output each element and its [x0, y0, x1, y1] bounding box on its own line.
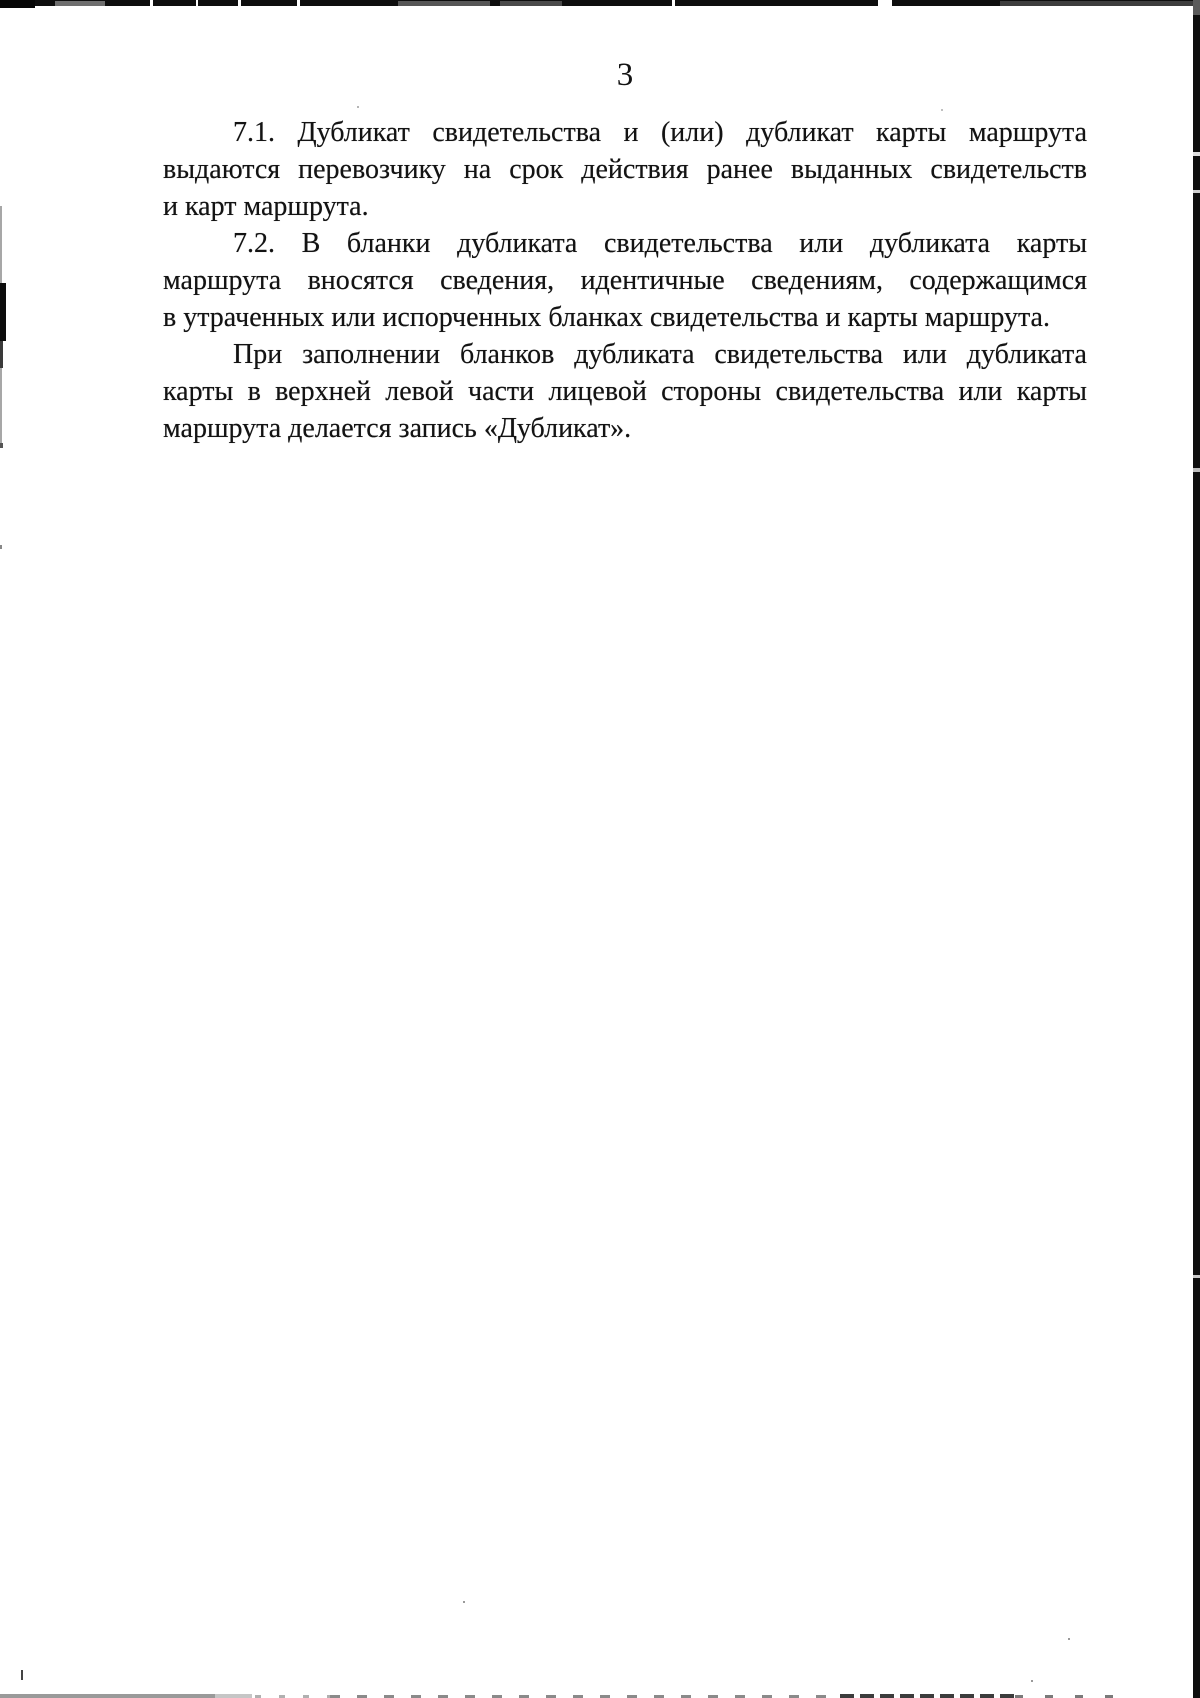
dust-speck [1068, 1638, 1070, 1640]
dust-speck [21, 1670, 23, 1680]
text-line: выдаются перевозчику на срок действия ра… [163, 151, 1087, 188]
text-line: и карт маршрута. [163, 188, 1087, 225]
scanned-document-page: 3 7.1. Дубликат свидетельства и (или) ду… [0, 0, 1200, 1698]
scan-right-gap [1193, 468, 1200, 472]
scan-top-gap [196, 0, 198, 6]
scan-right-gap [1193, 152, 1200, 156]
scan-right-soft-segment [1193, 0, 1200, 15]
scan-artifact-top-left-corner [0, 0, 35, 8]
paragraph-7-2: 7.2. В бланки дубликата свидетельства ил… [163, 225, 1087, 336]
scan-artifact-bottom-dashes-dark [840, 1694, 1015, 1698]
dust-speck [357, 106, 359, 108]
scan-artifact-right-edge [1193, 0, 1200, 1698]
page-number: 3 [163, 56, 1087, 94]
scan-top-gap [150, 0, 153, 6]
text-line: карты в верхней левой части лицевой стор… [163, 373, 1087, 410]
scan-right-gap [1193, 1275, 1200, 1278]
scan-artifact-top-edge [0, 0, 1200, 6]
paragraph-7-1: 7.1. Дубликат свидетельства и (или) дубл… [163, 114, 1087, 225]
scan-right-gap [1193, 190, 1200, 193]
scan-top-gap [238, 0, 241, 6]
scan-top-gap [878, 0, 892, 6]
scan-artifact-left-blob-tail [0, 341, 3, 368]
text-line: 7.1. Дубликат свидетельства и (или) дубл… [163, 114, 1087, 151]
dust-speck [463, 1601, 465, 1603]
text-line: 7.2. В бланки дубликата свидетельства ил… [163, 225, 1087, 262]
dust-speck [941, 109, 943, 111]
text-line: При заполнении бланков дубликата свидете… [163, 336, 1087, 373]
scan-top-gray-patch [55, 1, 105, 6]
scan-artifact-bottom-edge-light [215, 1694, 252, 1698]
dust-speck [1031, 1680, 1033, 1682]
text-line: маршрута вносятся сведения, идентичные с… [163, 262, 1087, 299]
scan-artifact-bottom-edge [0, 1694, 215, 1698]
text-line: маршрута делается запись «Дубликат». [163, 410, 1087, 447]
document-body: 7.1. Дубликат свидетельства и (или) дубл… [163, 114, 1087, 447]
text-line: в утраченных или испорченных бланках сви… [163, 299, 1087, 336]
scan-top-gap [297, 0, 300, 6]
scan-artifact-left-blob [0, 283, 6, 341]
scan-top-gray-patch [500, 1, 562, 6]
scan-top-gray-patch [1000, 1, 1193, 6]
scan-top-gray-patch [398, 1, 490, 6]
scan-artifact-left-line [0, 206, 2, 448]
scan-artifact-left-tick [0, 443, 3, 448]
scan-artifact-left-tick [0, 545, 2, 549]
paragraph-duplicate-note: При заполнении бланков дубликата свидете… [163, 336, 1087, 447]
scan-top-gap [672, 0, 675, 6]
